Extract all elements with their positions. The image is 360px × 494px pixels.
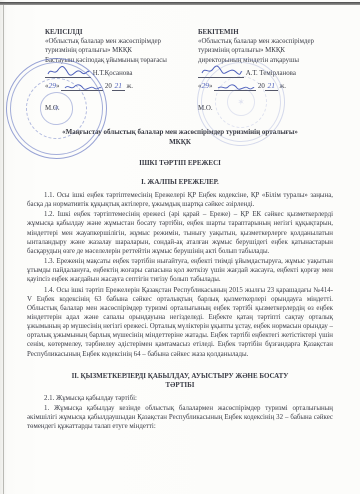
approved-title: БЕКІТЕМІН	[198, 28, 348, 37]
agreed-block: КЕЛІСІЛДІ «Облыстық балалар мен жасөспір…	[45, 28, 191, 113]
paragraph-1-1: 1.1. Осы ішкі еңбек тәртіптемесінің Ереж…	[27, 191, 333, 209]
paragraph-1-2: 1.2. Ішкі еңбек тәртіптемесінің ережесі …	[27, 210, 333, 256]
section2-heading-line1: ІІ. ҚЫЗМЕТКЕРЛЕРДІ ҚАБЫЛДАУ, АУЫСТЫРУ ЖӘ…	[27, 372, 333, 382]
signature-left-icon	[45, 64, 91, 78]
signature-line	[45, 68, 91, 78]
paragraph-1-3: 1.3. Ереженің мақсаты еңбек тәртібін нығ…	[27, 257, 333, 284]
handwritten-year: 21	[112, 81, 125, 91]
year-prefix: 20	[105, 83, 112, 90]
year-suffix: ж.	[280, 83, 286, 90]
approved-seal-label: М.О.	[198, 104, 348, 113]
agreed-date-row: «29» 2021 ж.	[45, 81, 191, 92]
quote-close: »	[56, 83, 59, 90]
paragraph-2-1-lead: 2.1. Жұмысқа қабылдау тәртібі:	[27, 394, 333, 403]
scan-edge-left	[3, 5, 4, 494]
approval-header-row: КЕЛІСІЛДІ «Облыстық балалар мен жасөспір…	[45, 28, 348, 113]
handwritten-month-scribble	[214, 82, 256, 91]
section1-heading: І. ЖАЛПЫ ЕРЕЖЕЛЕР.	[27, 178, 333, 188]
document-subtitle: ІШКІ ТӘРТІП ЕРЕЖЕСІ	[27, 159, 333, 168]
approved-org-line1: «Облыстық балалар мен жасөспірімдер	[198, 37, 348, 46]
section2-heading-line2: ТӘРТІБІ	[27, 381, 333, 391]
approved-date-row: «29» 2021 ж.	[198, 81, 348, 92]
handwritten-day: 29	[201, 81, 209, 90]
approved-signature-row: А.Т. Темірланова	[198, 68, 348, 79]
signature-line	[198, 68, 244, 78]
year-prefix: 20	[258, 83, 265, 90]
handwritten-day: 29	[48, 81, 56, 90]
approved-org-line2: туризмінің орталығы» МКҚК	[198, 46, 348, 55]
approved-block: БЕКІТЕМІН «Облыстық балалар мен жасөспір…	[198, 28, 348, 113]
agreed-org-line2: туризмінің орталығы» МКҚК	[45, 46, 191, 55]
year-suffix: ж.	[127, 83, 133, 90]
agreed-signature-row: Н.Т.Қосанова	[45, 68, 191, 79]
agreed-org-line1: «Облыстық балалар мен жасөспірімдер	[45, 37, 191, 46]
month-scribble-icon	[63, 82, 103, 91]
signature-right-icon	[198, 64, 244, 78]
paragraph-1-4: 1.4. Осы ішкі тәртіп Ережелерін Қазақста…	[27, 286, 333, 359]
agreed-name: Н.Т.Қосанова	[93, 70, 133, 77]
handwritten-month-scribble	[61, 82, 103, 91]
document-title-line1: «Маңғыстау облыстық балалар мен жасөспір…	[27, 128, 333, 138]
agreed-seal-label: М.О.	[45, 104, 191, 113]
document-title-line2: МКҚК	[27, 138, 333, 148]
scan-edge-top	[0, 2, 360, 5]
agreed-title: КЕЛІСІЛДІ	[45, 28, 191, 37]
month-scribble-icon	[216, 82, 256, 91]
scanned-document-page: КЕЛІСІЛДІ «Облыстық балалар мен жасөспір…	[0, 0, 360, 494]
handwritten-year: 21	[265, 81, 278, 91]
quote-close: »	[209, 83, 212, 90]
document-body: «Маңғыстау облыстық балалар мен жасөспір…	[27, 128, 333, 432]
paragraph-2-1-item1: 1. Жұмысқа қабылдау кезінде облыстық бал…	[27, 404, 333, 431]
approved-name: А.Т. Темірланова	[246, 70, 296, 77]
